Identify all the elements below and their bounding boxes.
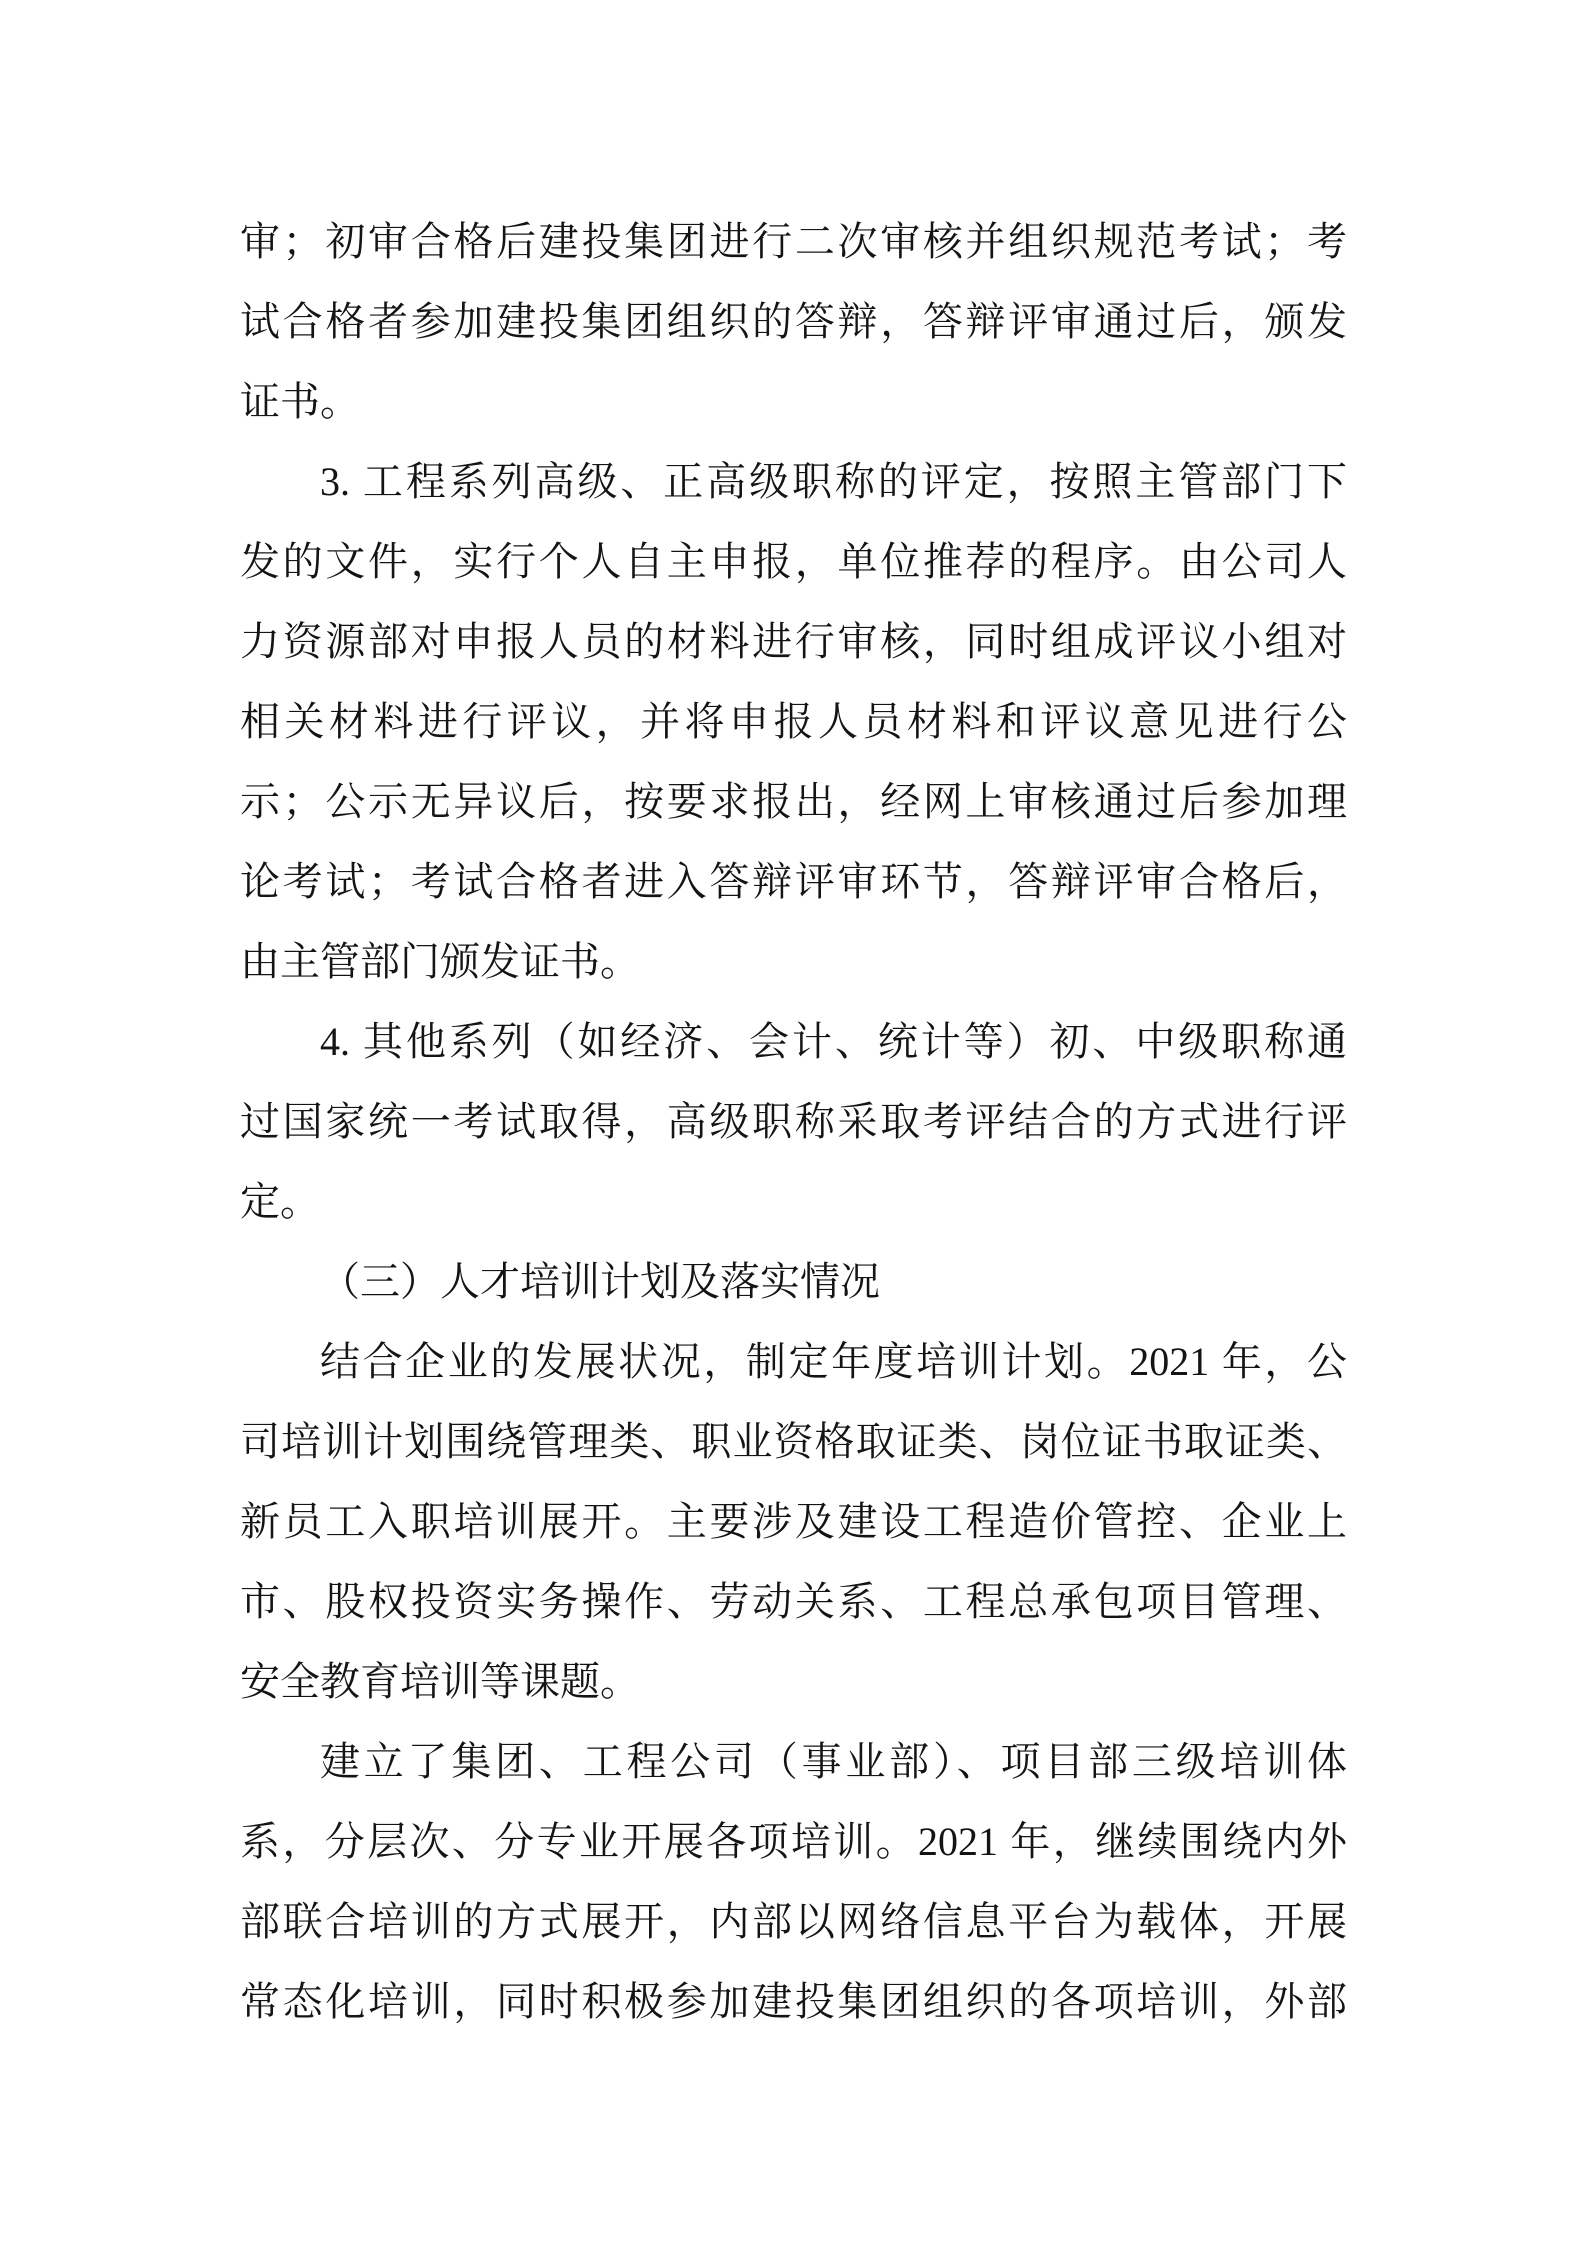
text-line: 司培训计划围绕管理类、职业资格取证类、岗位证书取证类、 — [240, 1402, 1347, 1482]
text-line: 3. 工程系列高级、正高级职称的评定，按照主管部门下 — [240, 442, 1347, 522]
text-line: 4. 其他系列（如经济、会计、统计等）初、中级职称通 — [240, 1002, 1347, 1082]
text-line: 定。 — [240, 1162, 1347, 1242]
text-line: 过国家统一考试取得，高级职称采取考评结合的方式进行评 — [240, 1082, 1347, 1162]
document-page: 审；初审合格后建投集团进行二次审核并组织规范考试；考试合格者参加建投集团组织的答… — [0, 0, 1587, 2245]
text-line: 试合格者参加建投集团组织的答辩，答辩评审通过后，颁发 — [240, 282, 1347, 362]
text-line: 部联合培训的方式展开，内部以网络信息平台为载体，开展 — [240, 1882, 1347, 1962]
text-line: 系，分层次、分专业开展各项培训。2021 年，继续围绕内外 — [240, 1802, 1347, 1882]
text-line: 市、股权投资实务操作、劳动关系、工程总承包项目管理、 — [240, 1562, 1347, 1642]
text-line: 常态化培训，同时积极参加建投集团组织的各项培训，外部 — [240, 1962, 1347, 2042]
text-line: 建立了集团、工程公司（事业部）、项目部三级培训体 — [240, 1722, 1347, 1802]
text-line: 由主管部门颁发证书。 — [240, 922, 1347, 1002]
document-body: 审；初审合格后建投集团进行二次审核并组织规范考试；考试合格者参加建投集团组织的答… — [240, 202, 1347, 2042]
text-line: 示；公示无异议后，按要求报出，经网上审核通过后参加理 — [240, 762, 1347, 842]
text-line: 结合企业的发展状况，制定年度培训计划。2021 年，公 — [240, 1322, 1347, 1402]
text-line: 发的文件，实行个人自主申报，单位推荐的程序。由公司人 — [240, 522, 1347, 602]
text-line: 论考试；考试合格者进入答辩评审环节，答辩评审合格后， — [240, 842, 1347, 922]
text-line: 审；初审合格后建投集团进行二次审核并组织规范考试；考 — [240, 202, 1347, 282]
text-line: 新员工入职培训展开。主要涉及建设工程造价管控、企业上 — [240, 1482, 1347, 1562]
text-line: （三）人才培训计划及落实情况 — [240, 1242, 1347, 1322]
text-line: 力资源部对申报人员的材料进行审核，同时组成评议小组对 — [240, 602, 1347, 682]
text-line: 安全教育培训等课题。 — [240, 1642, 1347, 1722]
text-line: 证书。 — [240, 362, 1347, 442]
text-line: 相关材料进行评议，并将申报人员材料和评议意见进行公 — [240, 682, 1347, 762]
